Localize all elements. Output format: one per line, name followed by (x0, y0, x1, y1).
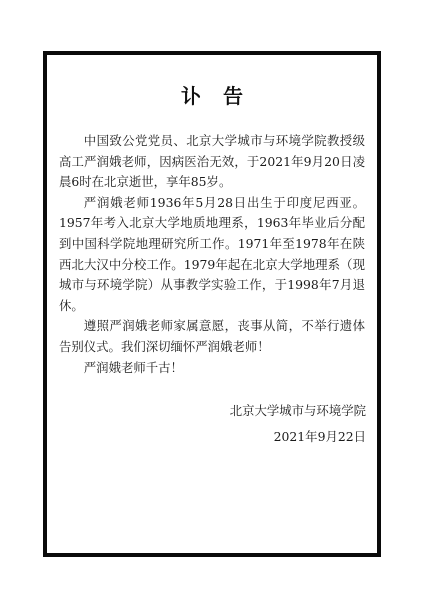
obituary-body: 中国致公党党员、北京大学城市与环境学院教授级高工严润娥老师，因病医治无效，于20… (59, 131, 365, 378)
paragraph-funeral-arrangements: 遵照严润娥老师家属意愿，丧事从简，不举行遗体告别仪式。我们深切缅怀严润娥老师！ (59, 316, 365, 357)
paragraph-biography: 严润娥老师1936年5月28日出生于印度尼西亚。1957年考入北京大学地质地理系… (59, 193, 365, 317)
signature-block: 北京大学城市与环境学院 2021年9月22日 (230, 398, 366, 450)
signature-organization: 北京大学城市与环境学院 (230, 398, 366, 424)
paragraph-announcement: 中国致公党党员、北京大学城市与环境学院教授级高工严润娥老师，因病医治无效，于20… (59, 131, 365, 193)
paragraph-farewell: 严润娥老师千古！ (59, 358, 365, 379)
obituary-title: 讣告 (47, 80, 377, 109)
obituary-frame: 讣告 中国致公党党员、北京大学城市与环境学院教授级高工严润娥老师，因病医治无效，… (43, 51, 381, 557)
signature-date: 2021年9月22日 (230, 424, 366, 450)
